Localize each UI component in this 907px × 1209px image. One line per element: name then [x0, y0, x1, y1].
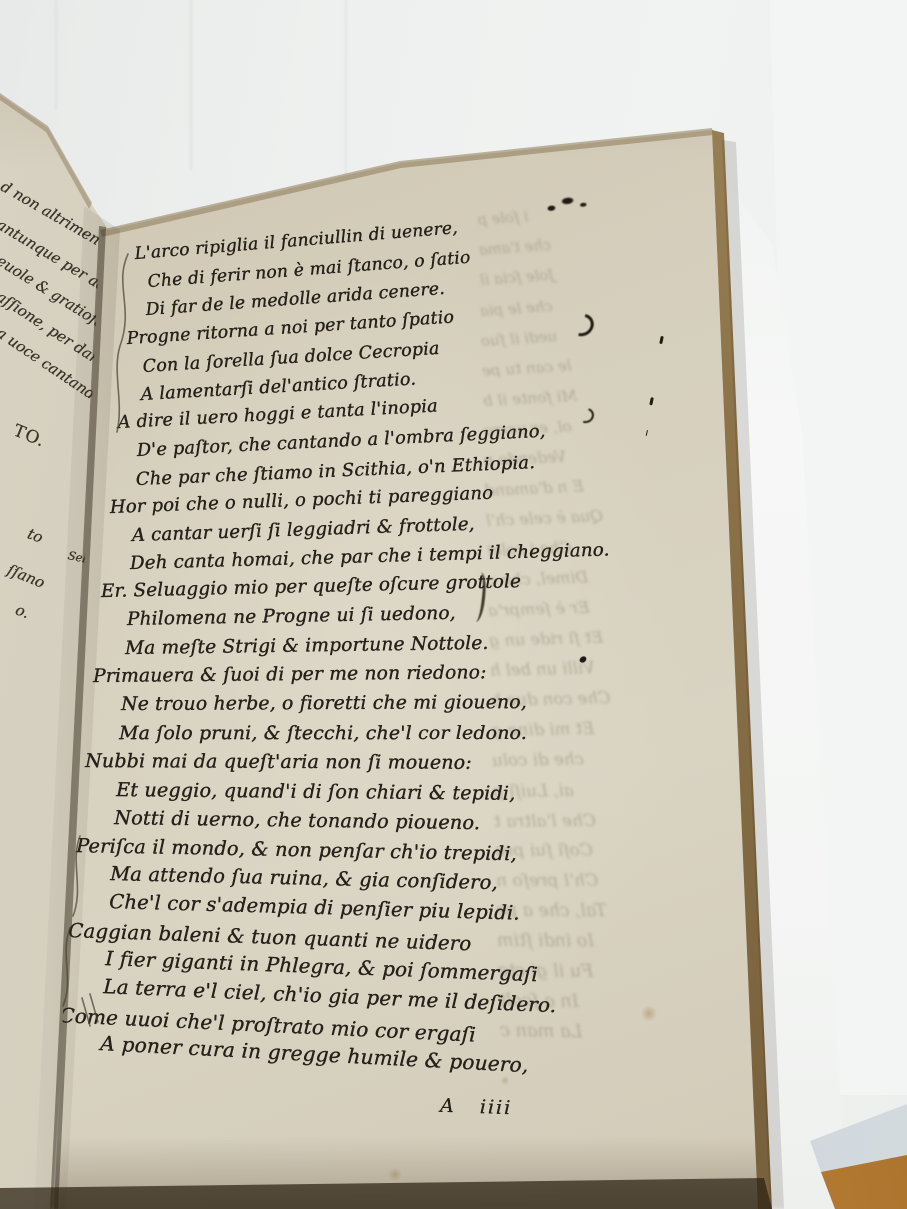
- photo-scene: d non altrimen antunque per ado euole & …: [0, 0, 907, 1209]
- marginal-pen-marks: [0, 0, 907, 1209]
- pen-brace-mark: [73, 836, 80, 916]
- pen-brace-mark: [117, 254, 128, 432]
- pen-slash-mark: [82, 998, 90, 1026]
- pen-brace-mark: [63, 928, 70, 1006]
- pen-slash-mark: [90, 994, 98, 1022]
